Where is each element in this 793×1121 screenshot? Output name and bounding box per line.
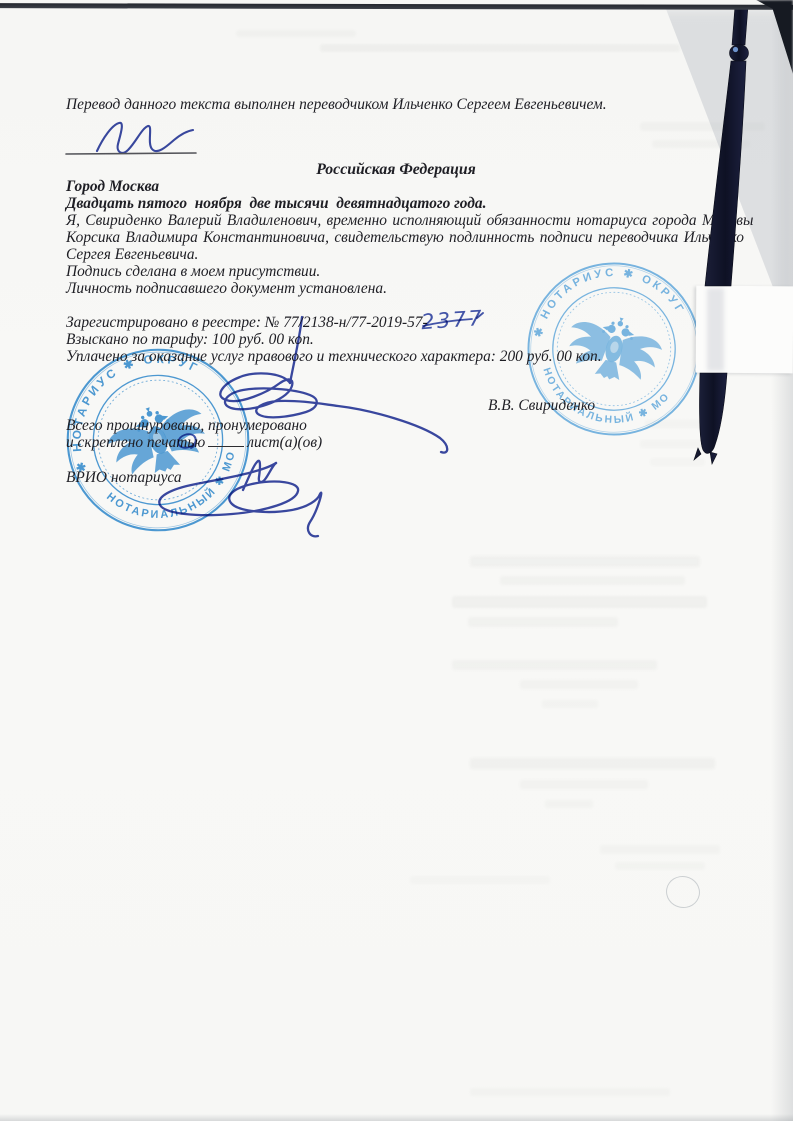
heading-russian-federation: Российская Федерация (66, 161, 726, 178)
registry-line: Зарегистрировано в реестре: № 77/2138-н/… (66, 314, 428, 331)
sheet-count-blank-underline (208, 446, 244, 447)
bleed-through-mark (470, 758, 715, 769)
vrio-signature (159, 461, 321, 537)
bleed-through-mark (600, 845, 720, 854)
bleed-through-mark (236, 30, 356, 37)
scan-edge-top (0, 3, 793, 10)
date-line: Двадцать пятого ноября две тысячи девятн… (66, 195, 486, 212)
notary-statement-line-1: Я, Свириденко Валерий Владиленович, врем… (66, 212, 753, 229)
city-line: Город Москва (66, 178, 159, 195)
registry-number-handwritten: 2377 (420, 306, 485, 334)
bleed-through-mark (542, 700, 598, 708)
bleed-through-mark (452, 596, 707, 608)
embossed-circle-mark (663, 873, 703, 911)
bleed-through-mark (500, 576, 685, 585)
scanned-notarial-page: ✱ НОТАРИУС ✱ ОКРУГ НОТАРИАЛЬНЫЙ ✱ МОСКВА (0, 0, 793, 1121)
bleed-through-mark (545, 800, 593, 808)
presence-line: Подпись сделана в моем присутствии. (66, 263, 320, 280)
scan-edge-bottom (0, 1114, 793, 1121)
services-line: Уплачено за оказание услуг правового и т… (66, 348, 602, 365)
signature-underline (66, 153, 196, 154)
bleed-through-mark (470, 556, 700, 567)
bleed-through-mark (640, 440, 710, 448)
notary-statement-line-3: Сергея Евгеньевича. (66, 246, 198, 263)
notary-statement-line-2: Корсика Владимира Константиновича, свиде… (66, 229, 744, 246)
translator-statement: Перевод данного текста выполнен переводч… (66, 96, 607, 113)
identity-line: Личность подписавшего документ установле… (66, 280, 387, 297)
binding-line-2-prefix: и скреплено печатью (66, 434, 205, 451)
bleed-through-mark (468, 617, 618, 627)
tariff-line: Взыскано по тарифу: 100 руб. 00 коп. (66, 331, 314, 348)
bleed-through-mark (320, 44, 680, 52)
binding-line-1: Всего прошнуровано, пронумеровано (66, 417, 307, 434)
bleed-through-mark (410, 876, 550, 884)
bleed-through-mark (645, 420, 705, 428)
vrio-line: ВРИО нотариуса (66, 469, 182, 486)
ribbon-shadow-through-sticker (707, 288, 724, 371)
bleed-through-mark (470, 1088, 670, 1096)
bleed-through-mark (520, 780, 648, 789)
translator-signature (97, 123, 193, 153)
notary-name: В.В. Свириденко (488, 397, 595, 414)
bleed-through-mark (520, 680, 638, 689)
binding-line-2: и скреплено печатьюлист(а)(ов) (66, 434, 322, 451)
bleed-through-mark (452, 660, 657, 670)
scan-edge-right (771, 0, 793, 1121)
bleed-through-mark (650, 458, 705, 466)
bleed-through-mark (615, 862, 705, 870)
binding-line-2-suffix: лист(а)(ов) (247, 434, 322, 451)
